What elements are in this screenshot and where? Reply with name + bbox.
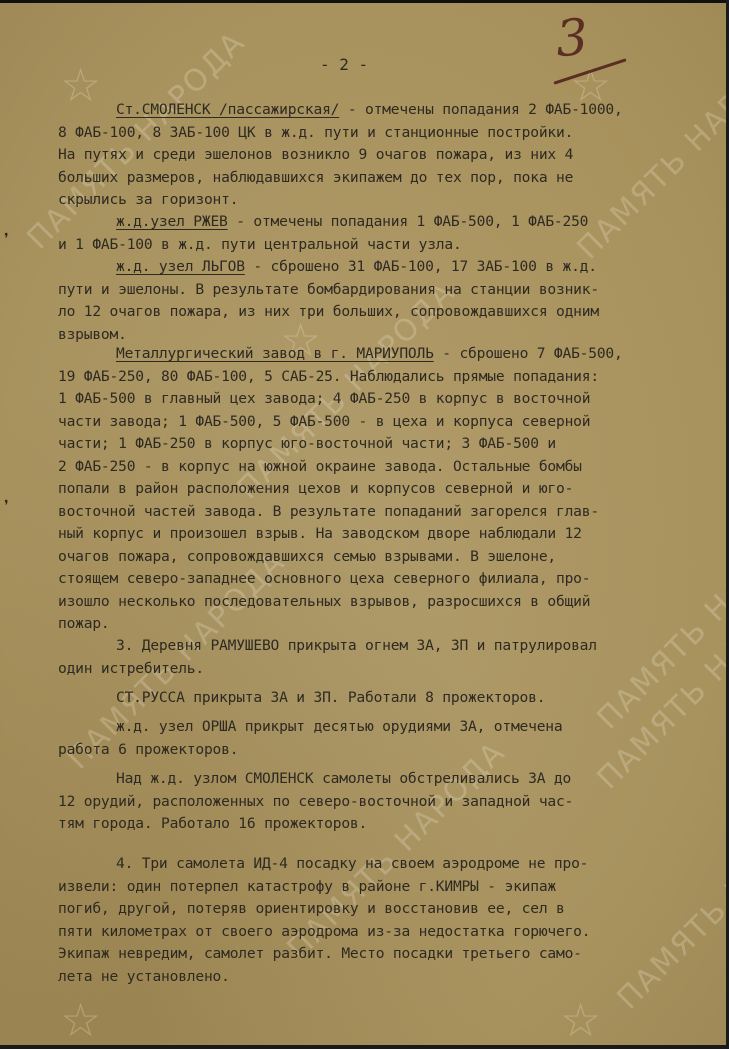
text-line: ж.д. узел ОРША прикрыт десятью орудиями …	[58, 716, 708, 739]
text-line: 19 ФАБ-250, 80 ФАБ-100, 5 САБ-25. Наблюд…	[58, 366, 708, 389]
document-page: ☆ ☆ ☆ ☆ ☆ ПАМЯТЬ НАРОДА ПАМЯТЬ НАРОДА ПА…	[0, 3, 726, 1045]
section-orsha: ж.д. узел ОРША прикрыт десятью орудиями …	[58, 716, 708, 761]
section-heading: ж.д.узел РЖЕВ	[116, 213, 228, 230]
page-number: - 2 -	[320, 55, 368, 74]
text-line: 4. Три самолета ИД-4 посадку на своем аэ…	[58, 853, 708, 876]
section-item-3: 3. Деревня РАМУШЕВО прикрыта огнем ЗА, З…	[58, 635, 708, 680]
text-line: изошло несколько последовательных взрыво…	[58, 591, 708, 614]
text-line: ный корпус и произошел взрыв. На заводск…	[58, 523, 708, 546]
handwritten-page-number: 3	[554, 8, 590, 68]
text-line: скрылись за горизонт.	[58, 189, 708, 212]
text-line: 2 ФАБ-250 - в корпус на южной окраине за…	[58, 456, 708, 479]
text-line: погиб, другой, потеряв ориентировку и во…	[58, 898, 708, 921]
text-line: один истребитель.	[58, 658, 708, 681]
section-mariupol: Металлургический завод в г. МАРИУПОЛЬ - …	[58, 343, 708, 636]
text-line: части; 1 ФАБ-250 в корпус юго-восточной …	[58, 433, 708, 456]
text-line: восточной частей завода. В результате по…	[58, 501, 708, 524]
text-line: и 1 ФАБ-100 в ж.д. пути центральной част…	[58, 234, 708, 257]
text-line: 12 орудий, расположенных по северо-восто…	[58, 791, 708, 814]
margin-mark: ❜	[4, 498, 9, 514]
text-line: извели: один потерпел катастрофу в район…	[58, 876, 708, 899]
text-line: - отмечены попадания 1 ФАБ-500, 1 ФАБ-25…	[228, 213, 589, 230]
text-line: тям города. Работало 16 прожекторов.	[58, 813, 708, 836]
text-line: больших размеров, наблюдавшихся экипажем…	[58, 167, 708, 190]
text-line: 8 ФАБ-100, 8 ЗАБ-100 ЦК в ж.д. пути и ст…	[58, 122, 708, 145]
text-line: пути и эшелоны. В результате бомбардиров…	[58, 279, 708, 302]
text-line: Экипаж невредим, самолет разбит. Место п…	[58, 943, 708, 966]
text-line: части завода; 1 ФАБ-500, 5 ФАБ-500 - в ц…	[58, 411, 708, 434]
text-line: 3. Деревня РАМУШЕВО прикрыта огнем ЗА, З…	[58, 635, 708, 658]
text-line: Над ж.д. узлом СМОЛЕНСК самолеты обстрел…	[58, 768, 708, 791]
text-line: - отмечены попадания 2 ФАБ-1000,	[339, 101, 622, 118]
watermark-star-icon: ☆	[60, 993, 101, 1045]
text-line: - сброшено 7 ФАБ-500,	[434, 345, 623, 362]
scan-border	[0, 1045, 729, 1049]
text-line: - сброшено 31 ФАБ-100, 17 ЗАБ-100 в ж.д.	[245, 258, 597, 275]
text-line: 1 ФАБ-500 в главный цех завода; 4 ФАБ-25…	[58, 388, 708, 411]
text-line: СТ.РУССА прикрыта ЗА и ЗП. Работали 8 пр…	[58, 687, 708, 710]
text-line: стоящем северо-западнее основного цеха с…	[58, 568, 708, 591]
text-line: работа 6 прожекторов.	[58, 739, 708, 762]
section-smolensk: Ст.СМОЛЕНСК /пассажирская/ - отмечены по…	[58, 99, 708, 212]
section-heading: ж.д. узел ЛЬГОВ	[116, 258, 245, 275]
text-line: На путях и среди эшелонов возникло 9 оча…	[58, 144, 708, 167]
text-line: ло 12 очагов пожара, из них три больших,…	[58, 301, 708, 324]
section-item-4: 4. Три самолета ИД-4 посадку на своем аэ…	[58, 853, 708, 988]
section-smolensk-aa: Над ж.д. узлом СМОЛЕНСК самолеты обстрел…	[58, 768, 708, 836]
text-line: пяти километрах от своего аэродрома из-з…	[58, 921, 708, 944]
section-russa: СТ.РУССА прикрыта ЗА и ЗП. Работали 8 пр…	[58, 687, 708, 710]
section-heading: Ст.СМОЛЕНСК /пассажирская/	[116, 101, 339, 118]
text-line: попали в район расположения цехов и корп…	[58, 478, 708, 501]
section-lgov: ж.д. узел ЛЬГОВ - сброшено 31 ФАБ-100, 1…	[58, 256, 708, 346]
margin-mark: ❜	[4, 231, 9, 247]
text-line: пожар.	[58, 613, 708, 636]
watermark-star-icon: ☆	[560, 993, 601, 1045]
section-rzhev: ж.д.узел РЖЕВ - отмечены попадания 1 ФАБ…	[58, 211, 708, 256]
section-heading: Металлургический завод в г. МАРИУПОЛЬ	[116, 345, 434, 362]
text-line: очагов пожара, сопровождавшихся семью вз…	[58, 546, 708, 569]
text-line: лета не установлено.	[58, 966, 708, 989]
